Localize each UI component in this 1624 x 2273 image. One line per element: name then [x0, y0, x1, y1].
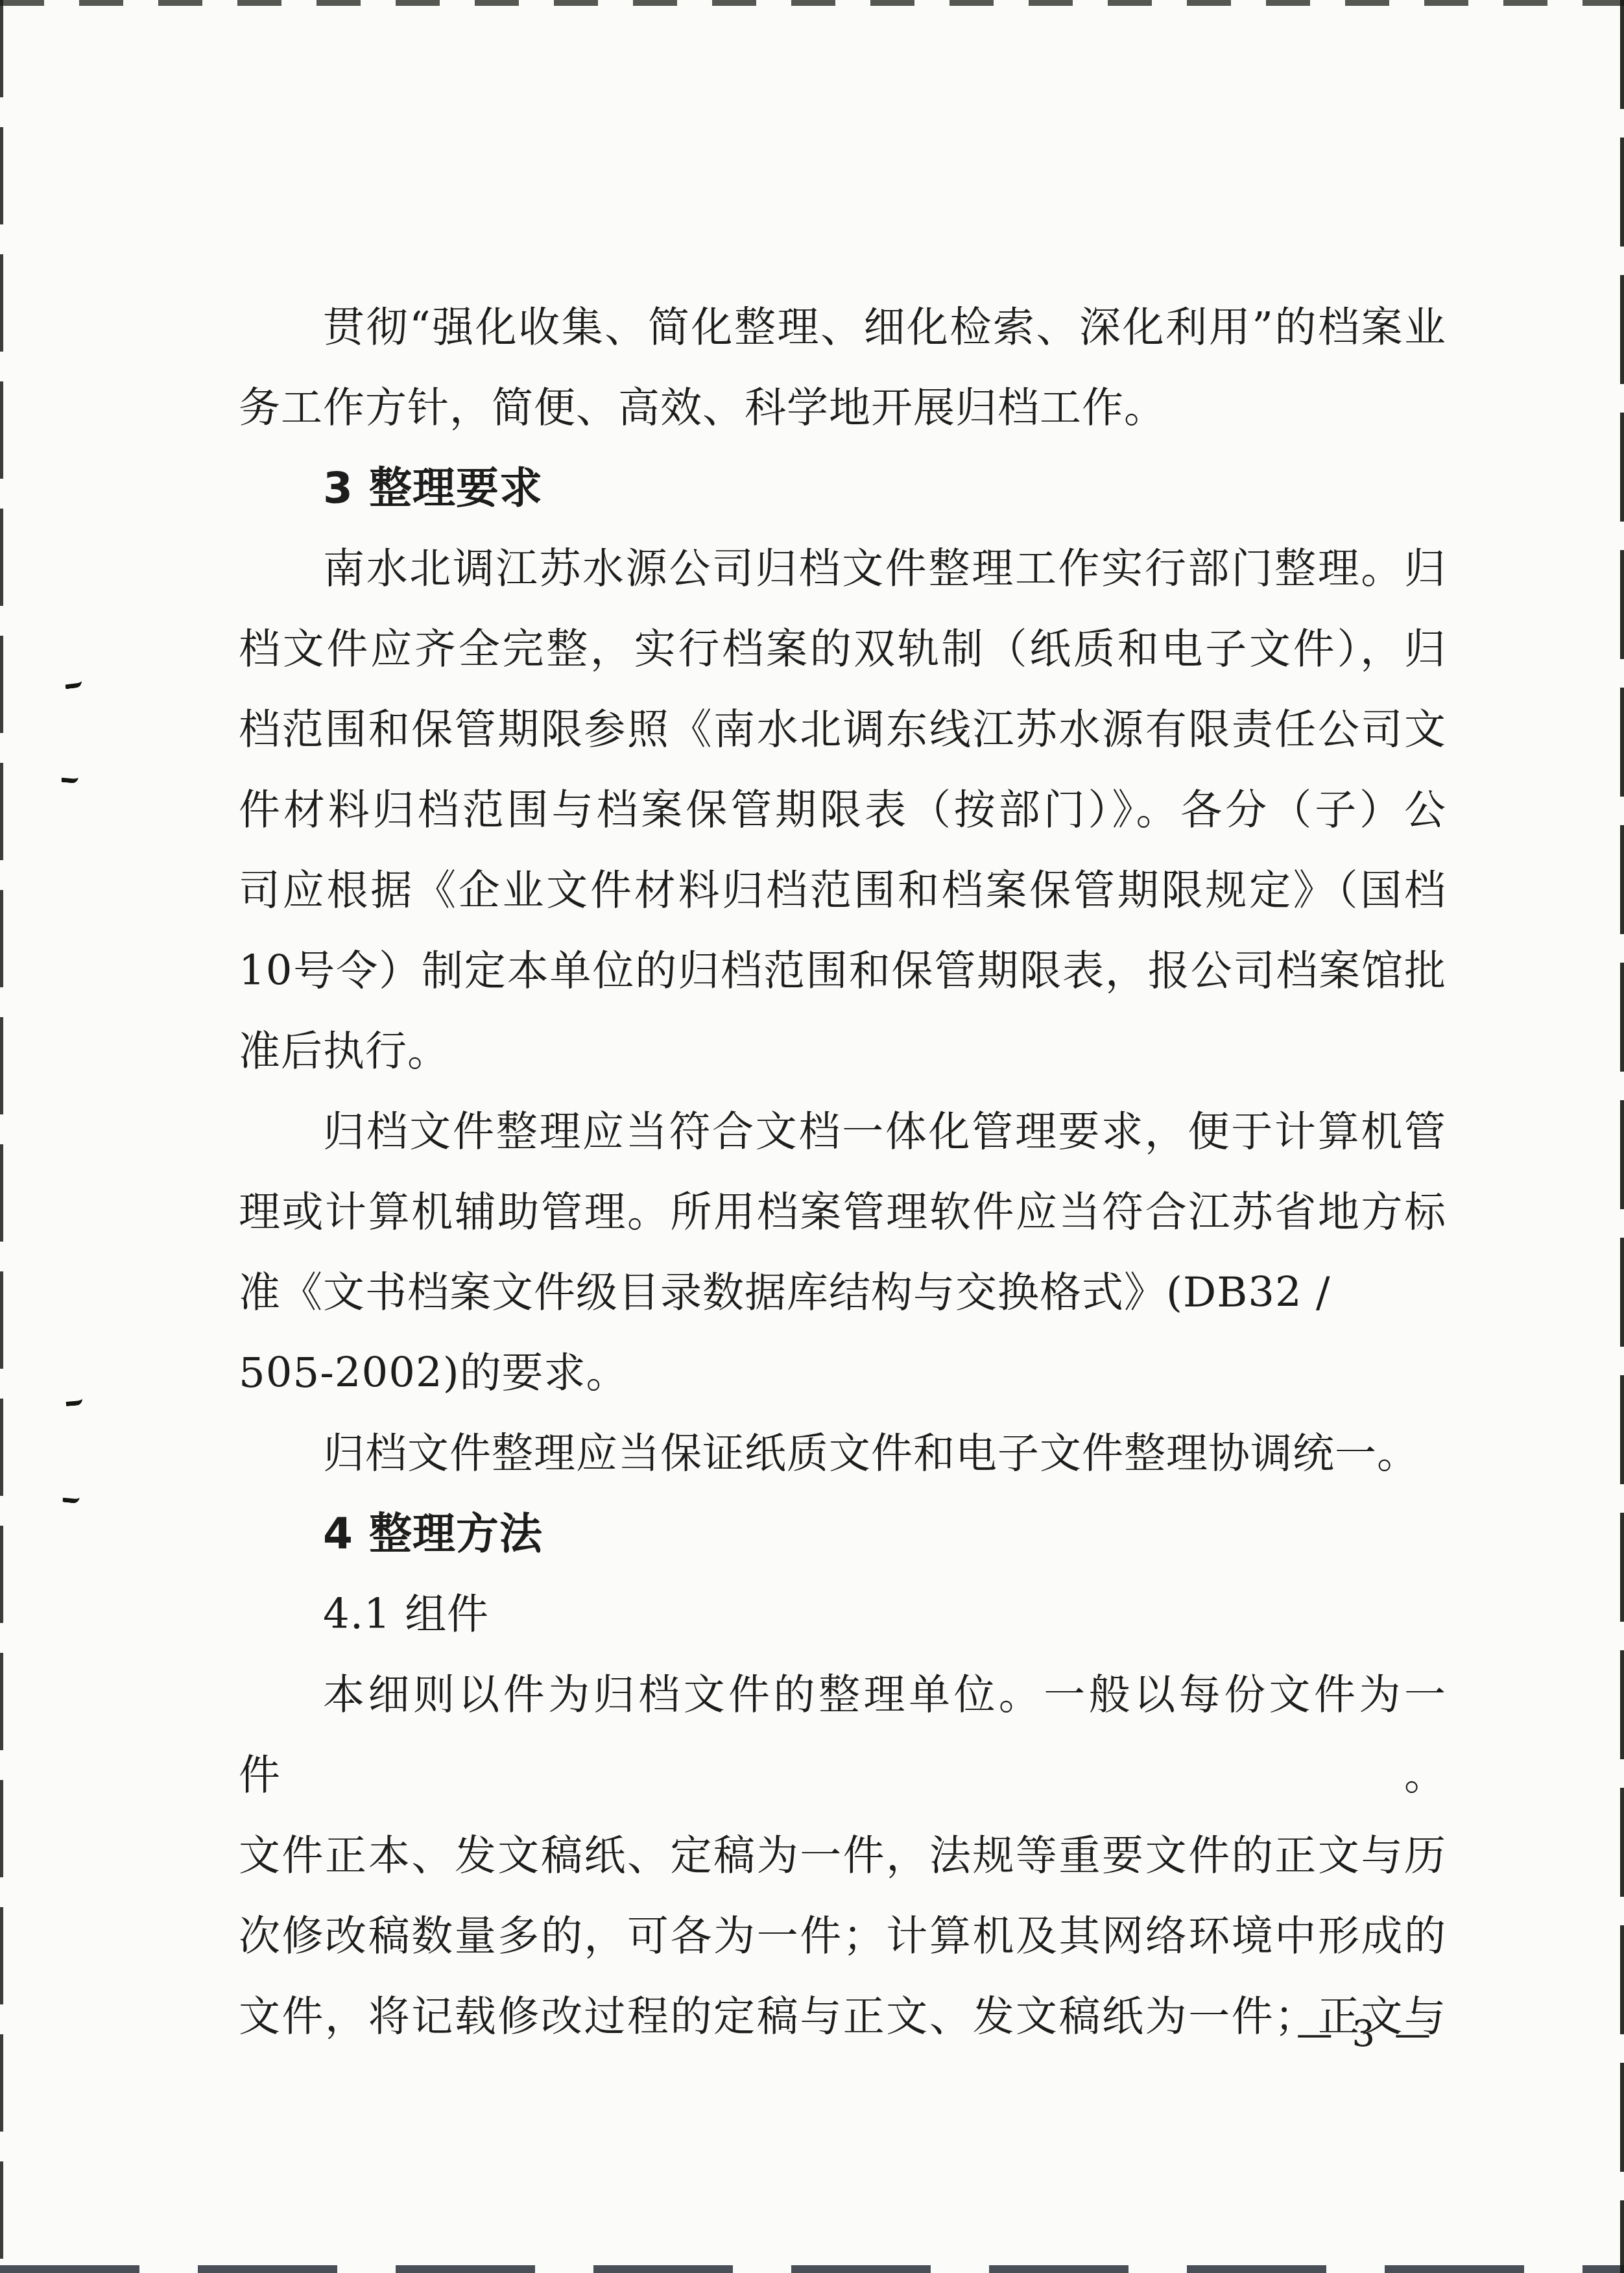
text-line: 件材料归档范围与档案保管期限表（按部门）》。各分（子）公	[239, 770, 1446, 850]
scan-edge-right-line	[1620, 0, 1624, 2273]
text-line: 归档文件整理应当符合文档一体化管理要求，便于计算机管	[239, 1092, 1446, 1172]
page-number: — 3 —	[1296, 2008, 1435, 2060]
text-line: 档范围和保管期限参照《南水北调东线江苏水源有限责任公司文	[239, 690, 1446, 770]
section-heading-3: 3 整理要求	[239, 448, 1446, 529]
text-line: 归档文件整理应当保证纸质文件和电子文件整理协调统一。	[239, 1413, 1446, 1494]
text-line: 务工作方针，简便、高效、科学地开展归档工作。	[239, 368, 1446, 448]
margin-pen-mark	[62, 1490, 80, 1504]
text-line: 南水北调江苏水源公司归档文件整理工作实行部门整理。归	[239, 529, 1446, 609]
scanned-document-page: 贯彻“强化收集、简化整理、细化检索、深化利用”的档案业 务工作方针，简便、高效、…	[0, 0, 1624, 2273]
text-line: 理或计算机辅助管理。所用档案管理软件应当符合江苏省地方标	[239, 1172, 1446, 1253]
margin-pen-mark	[65, 1393, 83, 1406]
text-line: 10号令）制定本单位的归档范围和保管期限表，报公司档案馆批	[239, 931, 1446, 1011]
scan-edge-top-dashes	[0, 0, 1624, 6]
scan-edge-bottom-dashes	[0, 2265, 1624, 2273]
subsection-heading-4-1: 4.1 组件	[239, 1574, 1446, 1655]
text-line: 档文件应齐全完整，实行档案的双轨制（纸质和电子文件），归	[239, 609, 1446, 690]
text-line: 本细则以件为归档文件的整理单位。一般以每份文件为一件。	[239, 1655, 1446, 1816]
margin-pen-mark	[61, 770, 79, 784]
text-line: 文件正本、发文稿纸、定稿为一件，法规等重要文件的正文与历	[239, 1816, 1446, 1896]
text-line: 次修改稿数量多的，可各为一件；计算机及其网络环境中形成的	[239, 1896, 1446, 1977]
text-line: 贯彻“强化收集、简化整理、细化检索、深化利用”的档案业	[239, 287, 1446, 368]
section-heading-4: 4 整理方法	[239, 1494, 1446, 1574]
text-line: 司应根据《企业文件材料归档范围和档案保管期限规定》（国档	[239, 850, 1446, 931]
text-line: 505-2002)的要求。	[239, 1333, 1446, 1413]
scan-edge-left-line	[0, 0, 3, 2273]
text-line: 准《文书档案文件级目录数据库结构与交换格式》(DB32 /	[239, 1253, 1446, 1333]
document-body: 贯彻“强化收集、简化整理、细化检索、深化利用”的档案业 务工作方针，简便、高效、…	[239, 287, 1446, 2057]
text-line: 文件，将记载修改过程的定稿与正文、发文稿纸为一件；正文与	[239, 1977, 1446, 2057]
text-line: 准后执行。	[239, 1011, 1446, 1092]
margin-pen-mark	[64, 675, 82, 689]
